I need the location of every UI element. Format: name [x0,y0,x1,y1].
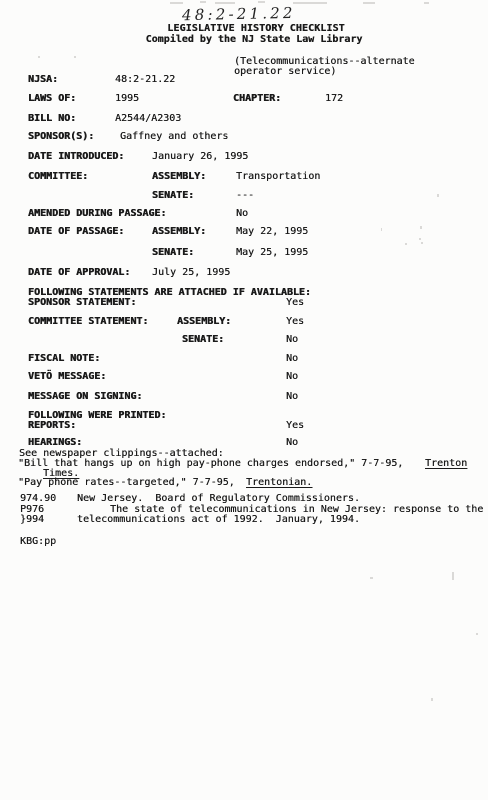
passage-assembly-row-text-2: May 22, 1995 [236,226,308,237]
committee-statement-senate-row-text-1: No [286,334,298,345]
njsa-row: NJSA:48:2-21.22 [0,74,488,86]
committee-senate-row-text-1: --- [236,190,254,201]
sponsors-row-text-1: Gaffney and others [120,131,228,142]
passage-senate-row-text-1: May 25, 1995 [236,247,308,258]
handwritten-annotation: 48:2-21.22 [182,4,296,24]
date-introduced-row-text-0: DATE INTRODUCED: [28,151,124,162]
veto-message-row-text-0: VETÖ MESSAGE: [28,371,106,382]
reference-3-text-1: telecommunications act of 1992. January,… [77,514,360,525]
date-introduced-row: DATE INTRODUCED:January 26, 1995 [0,151,488,163]
passage-senate-row-text-0: SENATE: [152,247,194,258]
sponsor-statement-row-text-0: SPONSOR STATEMENT: [28,297,136,308]
scan-artifact [293,2,327,4]
sponsor-statement-row-text-1: Yes [286,297,304,308]
committee-assembly-row-text-0: COMMITTEE: [28,171,88,182]
committee-statement-senate-row: SENATE:No [0,334,488,346]
laws-of-row: LAWS OF:1995CHAPTER:172 [0,93,488,105]
scan-artifact [363,2,375,4]
reports-row-text-1: Yes [286,420,304,431]
njsa-row-text-0: NJSA: [28,74,58,85]
date-introduced-row-text-1: January 26, 1995 [152,151,248,162]
reference-1-text-0: 974.90 [20,493,56,504]
scan-artifact [170,2,183,4]
passage-assembly-row: DATE OF PASSAGE:ASSEMBLY:May 22, 1995 [0,226,488,238]
initials: KBG:pp [0,536,488,548]
bill-no-row: BILL NO:A2544/A2303 [0,113,488,125]
sponsors-row: SPONSOR(S):Gaffney and others [0,131,488,143]
scan-artifact [424,2,429,4]
approval-row-text-0: DATE OF APPROVAL: [28,267,130,278]
approval-row: DATE OF APPROVAL:July 25, 1995 [0,267,488,279]
page-title: LEGISLATIVE HISTORY CHECKLIST [12,23,488,34]
message-on-signing-row: MESSAGE ON SIGNING:No [0,391,488,403]
fiscal-note-row-text-0: FISCAL NOTE: [28,353,100,364]
scan-artifact [405,243,407,245]
scan-artifact [215,2,235,4]
committee-statement-assembly-row-text-0: COMMITTEE STATEMENT: [28,316,148,327]
scan-artifact [421,242,423,244]
bill-no-row-text-0: BILL NO: [28,113,76,124]
scan-artifact [200,1,206,3]
fiscal-note-row-text-1: No [286,353,298,364]
amended-row-text-0: AMENDED DURING PASSAGE: [28,208,166,219]
amended-row: AMENDED DURING PASSAGE:No [0,208,488,220]
committee-senate-row: SENATE:--- [0,190,488,202]
reports-row-text-0: REPORTS: [28,420,76,431]
laws-of-row-text-1: 1995 [115,93,139,104]
njsa-row-text-1: 48:2-21.22 [115,74,175,85]
committee-statement-senate-row-text-0: SENATE: [182,334,224,345]
bill-no-row-text-1: A2544/A2303 [115,113,181,124]
amended-row-text-1: No [236,208,248,219]
reports-row: REPORTS:Yes [0,420,488,432]
sponsors-row-text-0: SPONSOR(S): [28,131,94,142]
initials-text-0: KBG:pp [20,536,56,547]
message-on-signing-row-text-0: MESSAGE ON SIGNING: [28,391,142,402]
veto-message-row-text-1: No [286,371,298,382]
hearings-row-text-0: HEARINGS: [28,437,82,448]
scan-artifact [370,577,373,579]
scanned-document-page: 48:2-21.22 LEGISLATIVE HISTORY CHECKLIST… [0,0,488,800]
passage-assembly-row-text-1: ASSEMBLY: [152,226,206,237]
approval-row-text-1: July 25, 1995 [152,267,230,278]
reference-1-text-1: New Jersey. Board of Regulatory Commissi… [77,493,360,504]
clipping-2-text-1: Trentonian. [246,477,312,488]
veto-message-row: VETÖ MESSAGE:No [0,371,488,383]
scan-artifact [419,238,421,240]
passage-assembly-row-text-0: DATE OF PASSAGE: [28,226,124,237]
committee-statement-assembly-row-text-2: Yes [286,316,304,327]
fiscal-note-row: FISCAL NOTE:No [0,353,488,365]
committee-statement-assembly-row: COMMITTEE STATEMENT:ASSEMBLY:Yes [0,316,488,328]
reference-3-text-0: }994 [20,514,44,525]
committee-assembly-row-text-2: Transportation [236,171,320,182]
scan-artifact [431,698,433,701]
laws-of-row-text-3: 172 [325,93,343,104]
committee-assembly-row-text-1: ASSEMBLY: [152,171,206,182]
scan-artifact [452,572,454,580]
committee-statement-assembly-row-text-1: ASSEMBLY: [177,316,231,327]
hearings-row-text-1: No [286,437,298,448]
message-on-signing-row-text-1: No [286,391,298,402]
laws-of-row-text-2: CHAPTER: [233,93,281,104]
committee-senate-row-text-0: SENATE: [152,190,194,201]
clipping-2-text-0: "Pay phone rates--targeted," 7-7-95, [18,477,235,488]
passage-senate-row: SENATE:May 25, 1995 [0,247,488,259]
laws-of-row-text-0: LAWS OF: [28,93,76,104]
scan-artifact [476,633,478,635]
reference-3: }994telecommunications act of 1992. Janu… [0,514,488,526]
page-subtitle: Compiled by the NJ State Law Library [10,34,488,45]
clipping-2: "Pay phone rates--targeted," 7-7-95,Tren… [0,477,488,489]
scan-artifact [258,1,265,3]
sponsor-statement-row: SPONSOR STATEMENT:Yes [0,297,488,309]
committee-assembly-row: COMMITTEE:ASSEMBLY:Transportation [0,171,488,183]
